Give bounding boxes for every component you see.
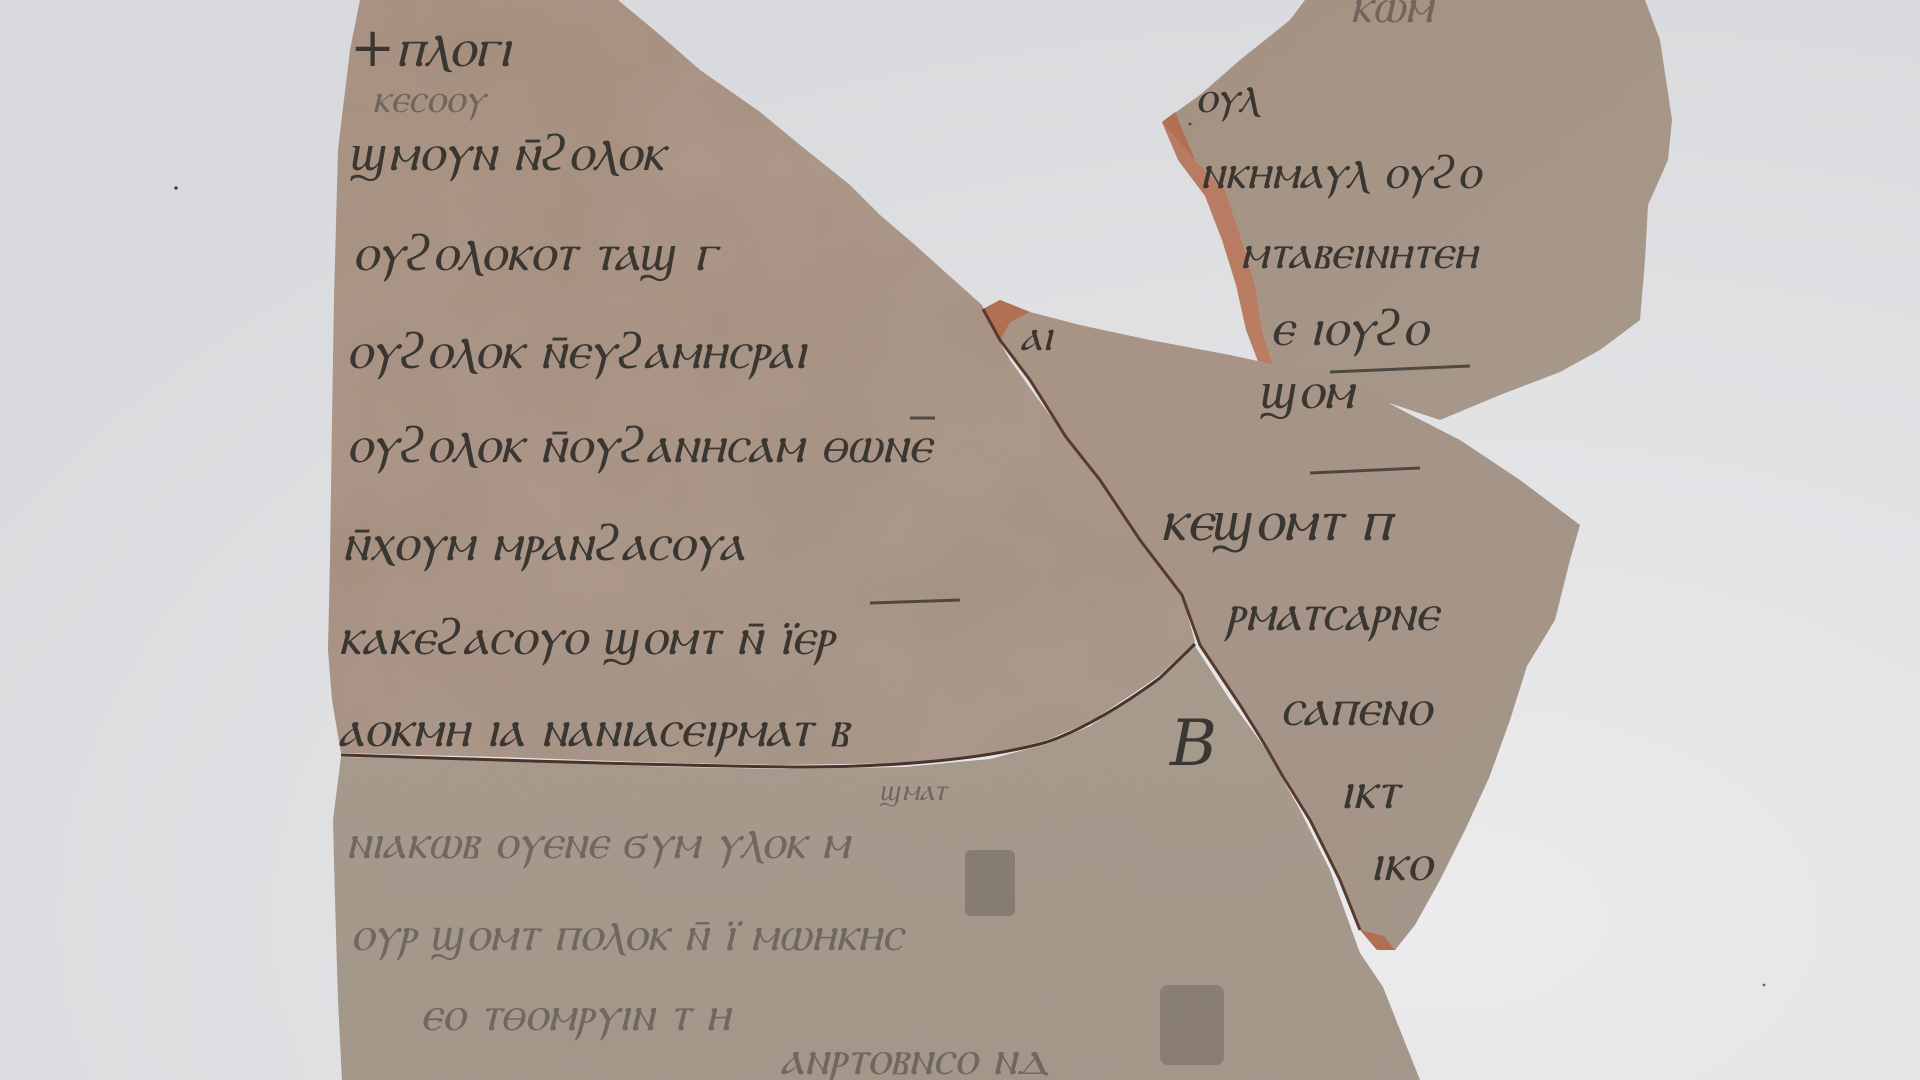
text-line: ⲓⲕⲧ [1340, 761, 1404, 821]
text-line: ⲣⲙⲁⲧⲥⲁⲣⲛⲉ [1224, 583, 1442, 643]
text-line: ⲕⲁⲕⲉϩⲁⲥⲟⲩⲟ ϣⲟⲙⲧ ⲛ̄ ⲓ̈ⲉⲣ [338, 607, 838, 667]
text-line: ⲛ̄ⲭⲟⲩⲙ ⲙⲣⲁⲛϩⲁⲥⲟⲩⲁ [342, 513, 745, 573]
text-line: ϣⲟⲙ [1260, 361, 1357, 421]
text-line: ⲓⲕⲟ [1370, 833, 1436, 893]
text-line: ⲁⲓ [1020, 310, 1055, 361]
photo-stage: ⲕⲱⲙ ⲟⲩⲗ ⲛⲕⲏⲙⲁⲩⲗ ⲟⲩϩⲟ ⲙⲧⲁⲃⲉⲓⲛⲏⲧⲉⲏ ⲉ ⲓⲟⲩϩⲟ… [0, 0, 1920, 1080]
text-line: ⲛⲕⲏⲙⲁⲩⲗ ⲟⲩϩⲟ [1200, 144, 1483, 200]
text-line: ⲉⲟ ⲧⲑⲟⲙⲣⲩⲓⲛ ⲧ ⲏ [420, 986, 732, 1042]
text-line: ⲥⲁⲡⲉⲛⲟ [1280, 678, 1435, 738]
dust-speck [174, 186, 177, 189]
text-line: ⲛⲓⲁⲕⲱⲃ ⲟⲩⲉⲛⲉ ϭⲩⲙ ⲩⲗⲟⲕ ⲙ [346, 814, 852, 870]
stain-mark [1160, 985, 1224, 1065]
text-line: +ⲡⲗⲟⲅⲓ [350, 16, 513, 79]
dust-speck [1763, 984, 1766, 987]
text-line: ϣⲙⲁⲧ [880, 773, 949, 808]
ostracon-photo: ⲕⲱⲙ ⲟⲩⲗ ⲛⲕⲏⲙⲁⲩⲗ ⲟⲩϩⲟ ⲙⲧⲁⲃⲉⲓⲛⲏⲧⲉⲏ ⲉ ⲓⲟⲩϩⲟ… [0, 0, 1920, 1080]
text-line: ⲟⲩⲗ [1195, 72, 1262, 123]
text-line: ⲕⲉϣⲟⲙⲧ ⲡ [1160, 486, 1396, 554]
stain-mark [965, 850, 1015, 916]
letter-beta: Β [1169, 707, 1217, 781]
text-line: ⲕⲉⲥⲟⲟⲩ [372, 76, 489, 122]
text-line: ⲉ ⲓⲟⲩϩⲟ [1270, 298, 1432, 358]
text-line: ϣⲙⲟⲩⲛ ⲛ̄ϩⲟⲗⲟⲕ [350, 123, 670, 183]
text-line: ⲙⲧⲁⲃⲉⲓⲛⲏⲧⲉⲏ [1240, 224, 1480, 280]
text-line: ⲟⲩϩⲟⲗⲟⲕ ⲛ̄ⲉⲩϩⲁⲙⲏⲥⲣⲁⲓ [346, 321, 809, 381]
text-line: ⲟⲩϩⲟⲗⲟⲕ ⲛ̄ⲟⲩϩⲁⲛⲏⲥⲁⲙ ⲑⲱⲛⲉ [346, 415, 935, 475]
text-line: ⲟⲩϩⲟⲗⲟⲕⲟⲧ ⲧⲁϣ ⲅ [352, 223, 722, 283]
dust-speck [1189, 123, 1192, 126]
text-line: ⲟⲩⲣ ϣⲟⲙⲧ ⲡⲟⲗⲟⲕ ⲛ̄ ⲓ̈ ⲙⲱⲏⲕⲏⲥ [350, 906, 907, 962]
text-line: ⲕⲱⲙ [1350, 0, 1436, 34]
text-line: ⲁⲟⲕⲙⲏ ⲓⲁ ⲛⲁⲛⲓⲁⲥⲉⲓⲣⲙⲁⲧ ⲃ [338, 699, 852, 759]
text-line: ⲁⲛⲣⲧⲟⲃⲛⲥⲟ ⲛⲇ [780, 1030, 1049, 1080]
